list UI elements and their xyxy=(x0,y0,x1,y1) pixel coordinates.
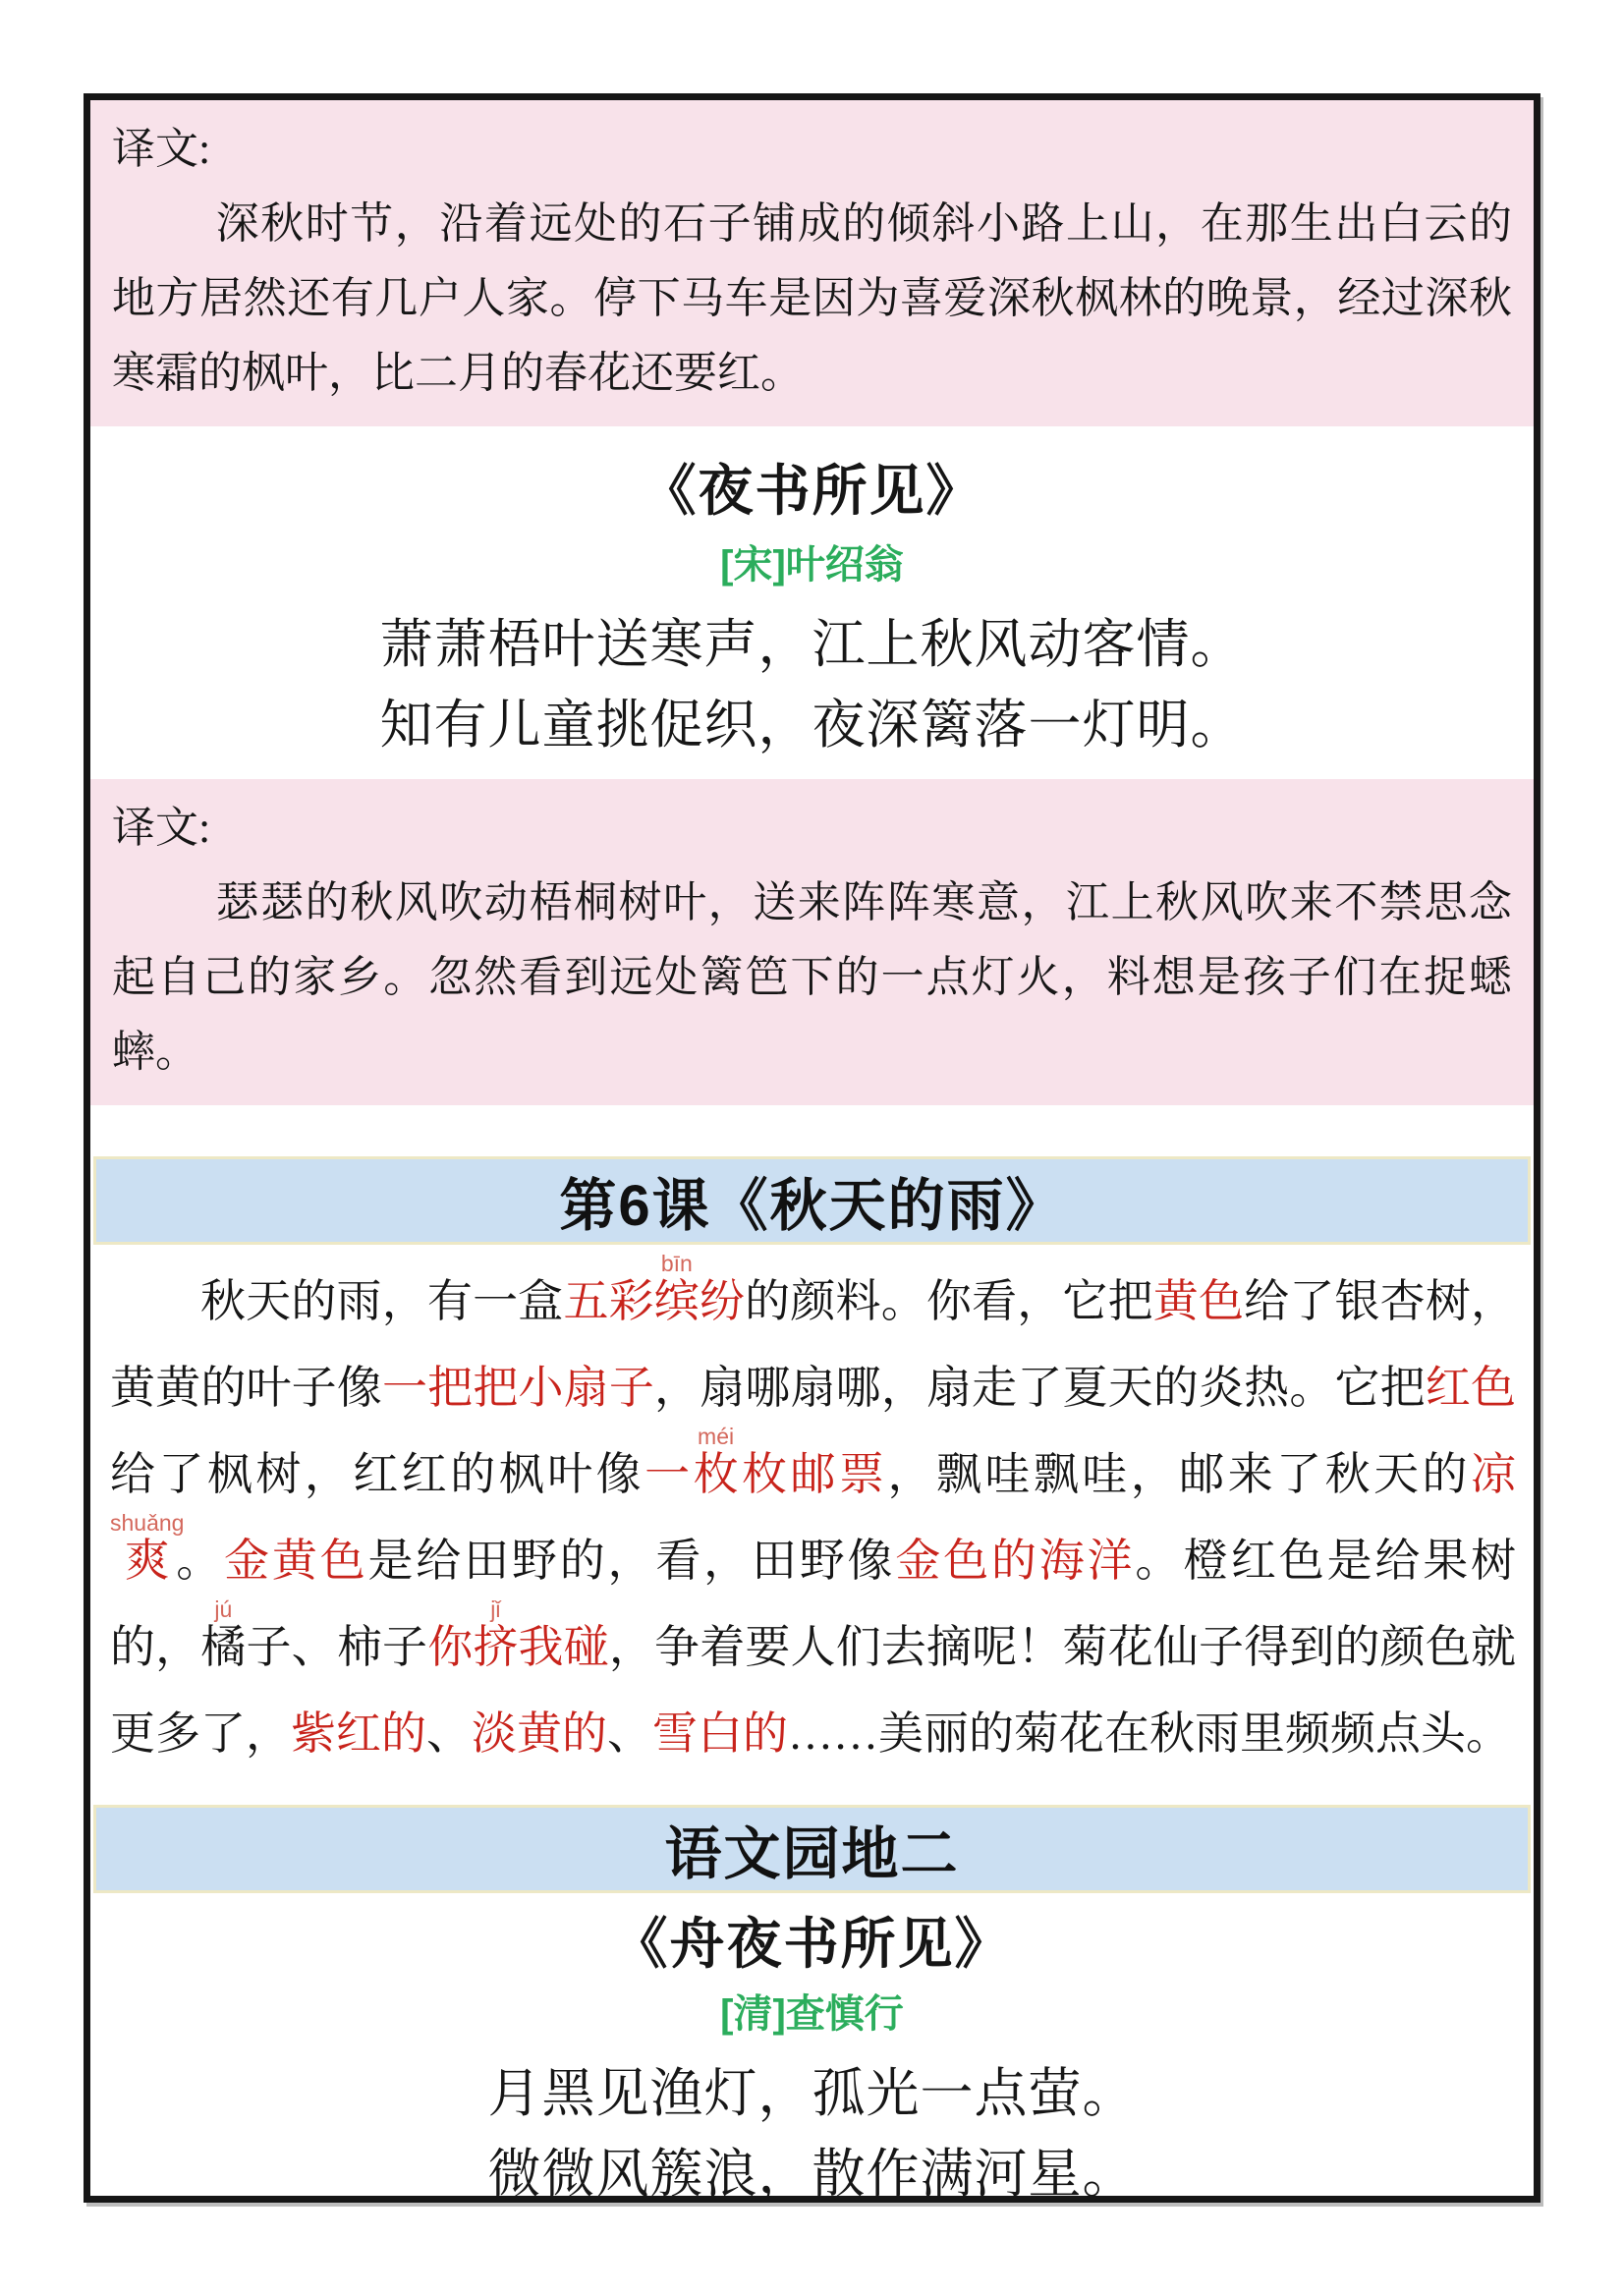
text-segment: 淡黄的 xyxy=(472,1708,607,1759)
translation-box-yeshusuojian: 译文: 瑟瑟的秋风吹动梧桐树叶，送来阵阵寒意，江上秋风吹来不禁思念起自己的家乡。… xyxy=(90,779,1534,1105)
annotated-char: 挤jǐ xyxy=(473,1622,518,1672)
poem-line: 月黑见渔灯，孤光一点萤。 xyxy=(90,2063,1534,2124)
annotated-char: 爽shuǎng xyxy=(110,1536,173,1586)
unit-header: 语文园地二 xyxy=(93,1805,1531,1893)
text-segment: 凉 xyxy=(1471,1449,1516,1499)
text-segment: 我碰 xyxy=(519,1622,609,1672)
text-segment: 的颜料。你看，它把 xyxy=(745,1276,1153,1326)
text-segment: 红色 xyxy=(1426,1363,1516,1413)
text-segment: 给了枫树，红红的枫叶像 xyxy=(110,1449,644,1499)
poem-title: 《夜书所见》 xyxy=(90,462,1534,524)
annotated-char: 缤bīn xyxy=(654,1276,700,1326)
poem-line: 知有儿童挑促织，夜深篱落一灯明。 xyxy=(90,695,1534,756)
annotated-char: 橘jú xyxy=(200,1622,246,1672)
poem-yeshusuojian: 《夜书所见》 [宋]叶绍翁 萧萧梧叶送寒声，江上秋风动客情。 知有儿童挑促织，夜… xyxy=(90,462,1534,756)
text-segment: 枚邮票 xyxy=(742,1449,887,1499)
translation-label: 译文: xyxy=(112,112,1512,187)
text-segment: 。 xyxy=(173,1536,224,1586)
poem-author: [宋]叶绍翁 xyxy=(90,541,1534,588)
translation-text: 瑟瑟的秋风吹动梧桐树叶，送来阵阵寒意，江上秋风吹来不禁思念起自己的家乡。忽然看到… xyxy=(112,866,1512,1090)
annotated-char: 枚méi xyxy=(694,1449,742,1499)
text-segment: ……美丽的菊花在秋雨里频频点头。 xyxy=(788,1708,1511,1759)
lesson-header: 第6课《秋天的雨》 xyxy=(93,1156,1531,1245)
lesson-paragraph: 秋天的雨，有一盒五彩缤bīn纷的颜料。你看，它把黄色给了银杏树，黄黄的叶子像一把… xyxy=(90,1245,1534,1777)
document-frame: 译文: 深秋时节，沿着远处的石子铺成的倾斜小路上山，在那生出白云的地方居然还有几… xyxy=(84,93,1540,2203)
text-segment: 你 xyxy=(427,1622,473,1672)
poem-line: 微微风簇浪，散作满河星。 xyxy=(90,2144,1534,2203)
translation-label: 译文: xyxy=(112,791,1512,866)
text-segment: 是给田野的，看，田野像 xyxy=(368,1536,896,1586)
poem-title: 《舟夜书所见》 xyxy=(90,1915,1534,1977)
text-segment: 金色的海洋 xyxy=(895,1536,1135,1586)
text-segment: 纷 xyxy=(700,1276,745,1326)
text-segment: 一 xyxy=(644,1449,693,1499)
text-segment: 、 xyxy=(607,1708,652,1759)
poem-author: [清]查慎行 xyxy=(90,1990,1534,2038)
text-segment: 子、柿子 xyxy=(247,1622,428,1672)
text-segment: 紫红的 xyxy=(291,1708,426,1759)
translation-text: 深秋时节，沿着远处的石子铺成的倾斜小路上山，在那生出白云的地方居然还有几户人家。… xyxy=(112,187,1512,411)
text-segment: 、 xyxy=(426,1708,472,1759)
poem-line: 萧萧梧叶送寒声，江上秋风动客情。 xyxy=(90,614,1534,675)
text-segment: ，扇哪扇哪，扇走了夏天的炎热。它把 xyxy=(654,1363,1426,1413)
text-segment: 一把把小扇子 xyxy=(382,1363,654,1413)
text-segment: 金黄色 xyxy=(224,1536,367,1586)
text-segment: 秋天的雨，有一盒 xyxy=(200,1276,563,1326)
text-segment: 五彩 xyxy=(563,1276,653,1326)
translation-box-shanxing: 译文: 深秋时节，沿着远处的石子铺成的倾斜小路上山，在那生出白云的地方居然还有几… xyxy=(90,100,1534,426)
text-segment: 雪白的 xyxy=(652,1708,788,1759)
text-segment: 黄色 xyxy=(1153,1276,1244,1326)
poem-zhouyeshusuojian: 《舟夜书所见》 [清]查慎行 月黑见渔灯，孤光一点萤。 微微风簇浪，散作满河星。 xyxy=(90,1915,1534,2203)
text-segment: ，飘哇飘哇，邮来了秋天的 xyxy=(887,1449,1471,1499)
